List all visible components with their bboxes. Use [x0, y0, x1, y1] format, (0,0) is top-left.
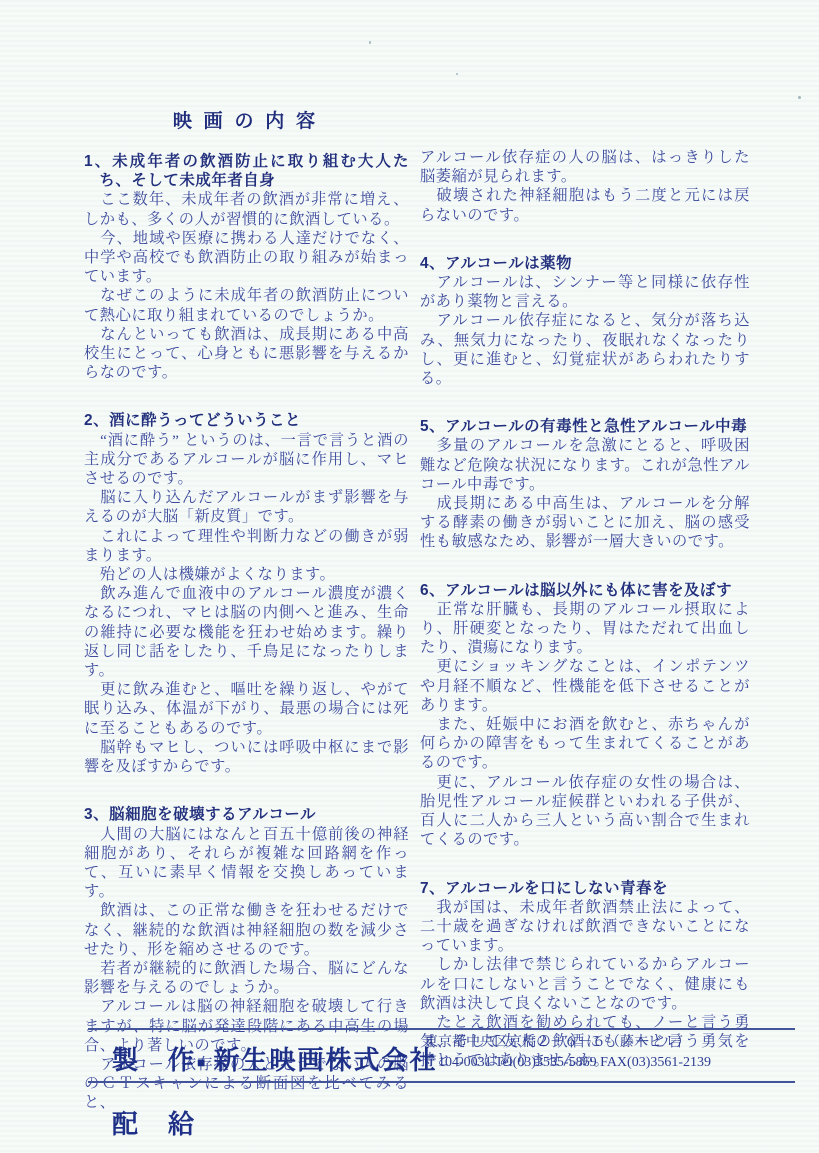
text-section: アルコール依存症の人の脳は、はっきりした脳萎縮が見られます。 破壊された神経細胞…	[420, 148, 750, 225]
paragraph: なぜこのように未成年者の飲酒防止について熱心に取り組まれているのでしょうか。	[84, 286, 409, 324]
text-section: 6、アルコールは脳以外にも体に害を及ぼす 正常な肝臓も、長期のアルコール摂取によ…	[420, 581, 750, 850]
paragraph: 人間の大脳にはなんと百五十億前後の神経細胞があり、それらが複雑な回路網を作って、…	[84, 825, 409, 902]
scan-speckle	[798, 96, 801, 99]
paragraph: アルコール依存症の人の脳は、はっきりした脳萎縮が見られます。	[420, 148, 750, 186]
text-section: 5、アルコールの有毒性と急性アルコール中毒 多量のアルコールを急激にとると、呼吸…	[420, 417, 750, 551]
paragraph: 殆どの人は機嫌がよくなります。	[84, 565, 409, 584]
section-heading: 6、アルコールは脳以外にも体に害を及ぼす	[420, 581, 750, 600]
paragraph: また、妊娠中にお酒を飲むと、赤ちゃんが何らかの障害をもって生まれてくることがある…	[420, 715, 750, 773]
scan-speckle	[456, 73, 458, 75]
paragraph: 我が国は、未成年者飲酒禁止法によって、二十歳を過ぎなければ飲酒できないことになっ…	[420, 898, 750, 956]
paragraph: 若者が継続的に飲酒した場合、脳にどんな影響を与えるのでしょうか。	[84, 959, 409, 997]
left-text-column: 1、未成年者の飲酒防止に取り組む大人たち、そして未成年者自身 ここ数年、未成年者…	[84, 152, 409, 1113]
paragraph: 多量のアルコールを急激にとると、呼吸困難など危険な状況になります。これが急性アル…	[420, 436, 750, 494]
company-contact: 〒104-0031 Tel(03)3535-5869 FAX(03)3561-2…	[424, 1053, 711, 1073]
section-heading: 5、アルコールの有毒性と急性アルコール中毒	[420, 417, 750, 436]
section-heading: 1、未成年者の飲酒防止に取り組む大人たち、そして未成年者自身	[84, 152, 409, 190]
paragraph: しかし法律で禁じられているからアルコールを口にしないと言うことでなく、健康にも飲…	[420, 955, 750, 1013]
paragraph: 成長期にある中高生は、アルコールを分解する酵素の働きが弱いことに加え、脳の感受性…	[420, 494, 750, 552]
paragraph: なんといっても飲酒は、成長期にある中高校生にとって、心身ともに悪影響を与えるから…	[84, 325, 409, 383]
paragraph: 今、地域や医療に携わる人達だけでなく、中学や高校でも飲酒防止の取り組みが始まって…	[84, 229, 409, 287]
distribution-label: 配 給	[112, 1104, 196, 1141]
paragraph: 更に、アルコール依存症の女性の場合は、胎児性アルコール症候群といわれる子供が、百…	[420, 773, 750, 850]
paragraph: アルコール依存症になると、気分が落ち込み、無気力になったり、夜眠れなくなったりし…	[420, 311, 750, 388]
footer-divider-bottom	[88, 1081, 795, 1083]
paragraph: “酒に酔う” というのは、一言で言うと酒の主成分であるアルコールが脳に作用し、マ…	[84, 431, 409, 489]
company-address-block: 東京都中央区京橋２－６－６（藤木ビル） 〒104-0031 Tel(03)353…	[424, 1033, 711, 1073]
paragraph: 破壊された神経細胞はもう二度と元には戻らないのです。	[420, 186, 750, 224]
text-section: 4、アルコールは薬物 アルコールは、シンナー等と同様に依存性があり薬物と言える。…	[420, 254, 750, 388]
paragraph: 飲み進んで血液中のアルコール濃度が濃くなるにつれ、マヒは脳の内側へと進み、生命の…	[84, 584, 409, 680]
paragraph: 正常な肝臓も、長期のアルコール摂取により、肝硬変となったり、胃はただれて出血した…	[420, 600, 750, 658]
scan-speckle	[369, 41, 371, 44]
section-heading: 3、脳細胞を破壊するアルコール	[84, 805, 409, 824]
scanned-document-page: 映画の内容 1、未成年者の飲酒防止に取り組む大人たち、そして未成年者自身 ここ数…	[0, 0, 819, 1153]
paragraph: 更にショッキングなことは、インポテンツや月経不順など、性機能を低下させることがあ…	[420, 657, 750, 715]
section-heading: 2、酒に酔うってどういうこと	[84, 411, 409, 430]
section-heading: 4、アルコールは薬物	[420, 254, 750, 273]
text-section: 1、未成年者の飲酒防止に取り組む大人たち、そして未成年者自身 ここ数年、未成年者…	[84, 152, 409, 382]
page-title: 映画の内容	[85, 106, 409, 133]
square-bullet-icon: ■	[197, 1054, 207, 1070]
paragraph: アルコールは、シンナー等と同様に依存性があり薬物と言える。	[420, 273, 750, 311]
right-text-column: アルコール依存症の人の脳は、はっきりした脳萎縮が見られます。 破壊された神経細胞…	[420, 148, 750, 1071]
paragraph: 脳幹もマヒし、ついには呼吸中枢にまで影響を及ぼすからです。	[84, 738, 409, 776]
paragraph: 飲酒は、この正常な働きを狂わせるだけでなく、継続的な飲酒は神経細胞の数を減少させ…	[84, 901, 409, 959]
production-credit: 製 作■新生映画株式会社	[112, 1040, 438, 1077]
paragraph: 更に飲み進むと、嘔吐を繰り返し、やがて眠り込み、体温が下がり、最悪の場合には死に…	[84, 680, 409, 738]
section-heading: 7、アルコールを口にしない青春を	[420, 879, 750, 898]
production-label: 製 作	[112, 1045, 196, 1075]
paragraph: これによって理性や判断力などの働きが弱まります。	[84, 527, 409, 565]
text-section: 2、酒に酔うってどういうこと “酒に酔う” というのは、一言で言うと酒の主成分で…	[84, 411, 409, 776]
paragraph: ここ数年、未成年者の飲酒が非常に増え、しかも、多くの人が習慣的に飲酒している。	[84, 190, 409, 228]
company-address: 東京都中央区京橋２－６－６（藤木ビル）	[424, 1033, 711, 1053]
footer-divider-top	[88, 1028, 795, 1030]
production-company: 新生映画株式会社	[213, 1045, 437, 1075]
paragraph: 脳に入り込んだアルコールがまず影響を与えるのが大脳「新皮質」です。	[84, 488, 409, 526]
